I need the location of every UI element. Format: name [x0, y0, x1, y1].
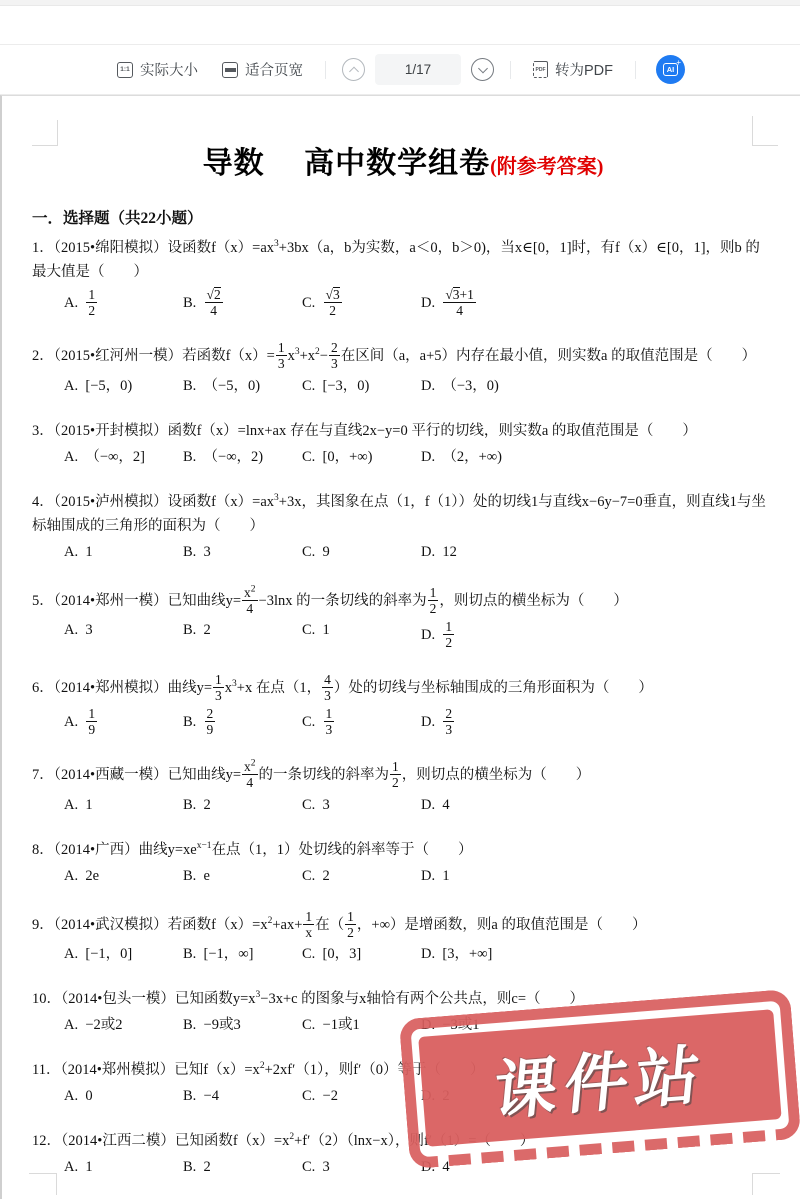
page-corner-mark — [752, 116, 778, 146]
fraction: 12 — [389, 759, 402, 790]
question: 9．（2014•武汉模拟）若函数f（x）=x2+ax+1x在（12，+∞）是增函… — [32, 909, 774, 965]
option: B. −9或3 — [183, 1014, 302, 1036]
fraction: √24 — [204, 287, 224, 318]
fraction: x24 — [241, 585, 259, 616]
option: D. √3+14 — [421, 287, 540, 318]
option: A. 3 — [64, 619, 183, 641]
pdf-icon: PDF — [533, 61, 548, 78]
option: D. 2 — [421, 1085, 540, 1107]
option: A. 2e — [64, 865, 183, 887]
question: 8．（2014•广西）曲线y=xex−1在点（1，1）处切线的斜率等于（ ） A… — [32, 838, 774, 887]
fraction: 12 — [427, 585, 440, 616]
question: 3．（2015•开封模拟）函数f（x）=lnx+ax 存在与直线2x−y=0 平… — [32, 419, 774, 468]
chevron-down-icon — [478, 63, 488, 73]
page-corner-mark — [752, 1173, 780, 1195]
option: C. 3 — [302, 1156, 421, 1178]
question-options: A. −2或2B. −9或3C. −1或1D. −3或1 — [32, 1014, 774, 1036]
fit-width-button[interactable]: 适合页宽 — [222, 59, 303, 80]
option: B. 29 — [183, 706, 302, 737]
question: 5．（2014•郑州一模）已知曲线y=x24−3lnx 的一条切线的斜率为12，… — [32, 585, 774, 650]
option: D. 4 — [421, 1156, 540, 1178]
question: 11．（2014•郑州模拟）已知f（x）=x2+2xf′（1），则f′（0）等于… — [32, 1058, 774, 1107]
viewer-toolbar: 1:1 实际大小 适合页宽 1/17 PDF 转为PDF AI + — [0, 44, 800, 95]
question: 12．（2014•江西二模）已知函数f（x）=x2+f′（2）（lnx−x），则… — [32, 1129, 774, 1178]
sqrt-radical: √2 — [207, 287, 221, 302]
sqrt-radical: √3 — [445, 287, 459, 302]
option: D. 12 — [421, 541, 540, 563]
question-options: A. [−1，0]B. [−1，∞]C. [0，3]D. [3，+∞] — [32, 943, 774, 965]
question-list: 1．（2015•绵阳模拟）设函数f（x）=ax3+3bx（a，b为实数，a＜0，… — [32, 236, 774, 1178]
option: A. −2或2 — [64, 1014, 183, 1036]
question-text: 9．（2014•武汉模拟）若函数f（x）=x2+ax+1x在（12，+∞）是增函… — [32, 909, 774, 940]
fraction: 13 — [275, 340, 288, 371]
question-text: 4．（2015•泸州模拟）设函数f（x）=ax3+3x，其图象在点（1，f（1）… — [32, 490, 774, 538]
option: A. 1 — [64, 1156, 183, 1178]
option: C. 3 — [302, 794, 421, 816]
question-options: A. 19B. 29C. 13D. 23 — [32, 706, 774, 737]
question-options: A. 12B. √24C. √32D. √3+14 — [32, 287, 774, 318]
option: A. [−1，0] — [64, 943, 183, 965]
question-text: 1．（2015•绵阳模拟）设函数f（x）=ax3+3bx（a，b为实数，a＜0，… — [32, 236, 774, 284]
question-options: A. （−∞，2]B. （−∞，2)C. [0，+∞)D. （2，+∞) — [32, 446, 774, 468]
option: A. [−5，0) — [64, 375, 183, 397]
option: A. 12 — [64, 287, 183, 318]
page-corner-mark — [32, 120, 58, 146]
question-options: A. [−5，0)B. （−5，0)C. [−3，0)D. （−3，0) — [32, 375, 774, 397]
fraction: 1x — [302, 909, 315, 940]
question-text: 8．（2014•广西）曲线y=xex−1在点（1，1）处切线的斜率等于（ ） — [32, 838, 774, 862]
option: A. 1 — [64, 541, 183, 563]
question-text: 2．（2015•红河州一模）若函数f（x）=13x3+x2−23在区间（a，a+… — [32, 340, 774, 371]
option: A. （−∞，2] — [64, 446, 183, 468]
option: D. （2，+∞) — [421, 446, 540, 468]
option: B. [−1，∞] — [183, 943, 302, 965]
fraction: 12 — [442, 619, 455, 650]
document-title: 导数 高中数学组卷(附参考答案) — [32, 138, 774, 182]
option: B. 3 — [183, 541, 302, 563]
option: D. 1 — [421, 865, 540, 887]
document-viewport[interactable]: 导数 高中数学组卷(附参考答案) 一．选择题（共22小题） 1．（2015•绵阳… — [0, 95, 800, 1199]
option: D. 4 — [421, 794, 540, 816]
option: C. 1 — [302, 619, 421, 641]
question-text: 7．（2014•西藏一模）已知曲线y=x24的一条切线的斜率为12，则切点的横坐… — [32, 759, 774, 790]
convert-to-pdf-label: 转为PDF — [555, 59, 613, 80]
option: A. 1 — [64, 794, 183, 816]
option: C. [0，+∞) — [302, 446, 421, 468]
next-page-button[interactable] — [471, 58, 494, 81]
fraction: 13 — [323, 706, 336, 737]
option: B. （−∞，2) — [183, 446, 302, 468]
question: 4．（2015•泸州模拟）设函数f（x）=ax3+3x，其图象在点（1，f（1）… — [32, 490, 774, 563]
option: B. 2 — [183, 619, 302, 641]
fraction: 19 — [85, 706, 98, 737]
question: 10．（2014•包头一模）已知函数y=x3−3x+c 的图象与x轴恰有两个公共… — [32, 987, 774, 1036]
option: D. 23 — [421, 706, 540, 737]
option: B. e — [183, 865, 302, 887]
question-text: 6．（2014•郑州模拟）曲线y=13x3+x 在点（1，43）处的切线与坐标轴… — [32, 672, 774, 703]
toolbar-divider — [635, 61, 636, 79]
actual-size-icon: 1:1 — [117, 62, 133, 78]
question-text: 5．（2014•郑州一模）已知曲线y=x24−3lnx 的一条切线的斜率为12，… — [32, 585, 774, 616]
question-text: 11．（2014•郑州模拟）已知f（x）=x2+2xf′（1），则f′（0）等于… — [32, 1058, 774, 1082]
header-blank-area — [0, 6, 800, 44]
option: C. [0，3] — [302, 943, 421, 965]
convert-to-pdf-button[interactable]: PDF 转为PDF — [533, 59, 613, 80]
page-number-input[interactable]: 1/17 — [375, 54, 461, 85]
actual-size-button[interactable]: 1:1 实际大小 — [117, 59, 198, 80]
option: C. 13 — [302, 706, 421, 737]
option: B. √24 — [183, 287, 302, 318]
question-options: A. 2eB. eC. 2D. 1 — [32, 865, 774, 887]
question: 7．（2014•西藏一模）已知曲线y=x24的一条切线的斜率为12，则切点的横坐… — [32, 759, 774, 815]
document-page: 导数 高中数学组卷(附参考答案) 一．选择题（共22小题） 1．（2015•绵阳… — [2, 96, 800, 1178]
fraction: √32 — [323, 287, 343, 318]
question-options: A. 3B. 2C. 1D. 12 — [32, 619, 774, 650]
option: A. 19 — [64, 706, 183, 737]
document-title-note: (附参考答案) — [490, 156, 603, 178]
fraction: 12 — [85, 287, 98, 318]
question-text: 3．（2015•开封模拟）函数f（x）=lnx+ax 存在与直线2x−y=0 平… — [32, 419, 774, 443]
option: C. −2 — [302, 1085, 421, 1107]
fraction: 13 — [212, 672, 225, 703]
ai-assistant-button[interactable]: AI + — [656, 55, 685, 84]
fraction: 23 — [328, 340, 341, 371]
fraction: 43 — [321, 672, 334, 703]
option: D. （−3，0) — [421, 375, 540, 397]
option: D. [3，+∞] — [421, 943, 540, 965]
option: B. 2 — [183, 794, 302, 816]
option: D. 12 — [421, 619, 540, 650]
fraction: x24 — [241, 759, 259, 790]
toolbar-divider — [325, 61, 326, 79]
question-text: 10．（2014•包头一模）已知函数y=x3−3x+c 的图象与x轴恰有两个公共… — [32, 987, 774, 1011]
option: C. 2 — [302, 865, 421, 887]
chevron-up-icon — [349, 66, 359, 76]
question-text: 12．（2014•江西二模）已知函数f（x）=x2+f′（2）（lnx−x），则… — [32, 1129, 774, 1153]
option: C. √32 — [302, 287, 421, 318]
question: 6．（2014•郑州模拟）曲线y=13x3+x 在点（1，43）处的切线与坐标轴… — [32, 672, 774, 737]
option: A. 0 — [64, 1085, 183, 1107]
fraction: 29 — [204, 706, 217, 737]
fraction: 12 — [344, 909, 357, 940]
option: C. 9 — [302, 541, 421, 563]
option: C. [−3，0) — [302, 375, 421, 397]
question: 1．（2015•绵阳模拟）设函数f（x）=ax3+3bx（a，b为实数，a＜0，… — [32, 236, 774, 318]
fraction: √3+14 — [442, 287, 477, 318]
page-corner-mark — [29, 1173, 57, 1195]
question-options: A. 1B. 3C. 9D. 12 — [32, 541, 774, 563]
question: 2．（2015•红河州一模）若函数f（x）=13x3+x2−23在区间（a，a+… — [32, 340, 774, 396]
fit-width-label: 适合页宽 — [245, 59, 303, 80]
option: B. −4 — [183, 1085, 302, 1107]
actual-size-label: 实际大小 — [140, 59, 198, 80]
option: C. −1或1 — [302, 1014, 421, 1036]
toolbar-divider — [510, 61, 511, 79]
fit-width-icon — [222, 62, 238, 78]
option: D. −3或1 — [421, 1014, 540, 1036]
question-options: A. 1B. 2C. 3D. 4 — [32, 794, 774, 816]
option: B. 2 — [183, 1156, 302, 1178]
previous-page-button[interactable] — [342, 58, 365, 81]
sqrt-radical: √3 — [326, 287, 340, 302]
option: B. （−5，0) — [183, 375, 302, 397]
document-title-main: 导数 高中数学组卷 — [203, 147, 491, 180]
question-options: A. 1B. 2C. 3D. 4 — [32, 1156, 774, 1178]
fraction: 23 — [442, 706, 455, 737]
question-options: A. 0B. −4C. −2D. 2 — [32, 1085, 774, 1107]
ai-sparkle-icon: + — [676, 59, 681, 67]
section-heading: 一．选择题（共22小题） — [32, 206, 774, 228]
